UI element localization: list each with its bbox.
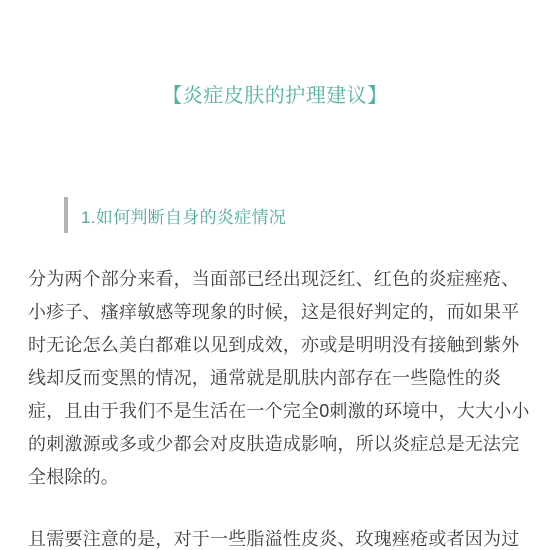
- page-title: 【炎症皮肤的护理建议】: [0, 0, 550, 107]
- article-page: 【炎症皮肤的护理建议】 1.如何判断自身的炎症情况 分为两个部分来看，当面部已经…: [0, 0, 550, 550]
- paragraph-2: 且需要注意的是，对于一些脂溢性皮炎、玫瑰痤疮或者因为过: [28, 523, 524, 550]
- section-heading-block: 1.如何判断自身的炎症情况: [64, 197, 550, 233]
- text-line: 全根除的。: [28, 461, 524, 494]
- section-heading: 1.如何判断自身的炎症情况: [81, 203, 286, 228]
- text-line: 时无论怎么美白都难以见到成效，亦或是明明没有接触到紫外: [28, 329, 524, 362]
- text-line: 症，且由于我们不是生活在一个完全0刺激的环境中，大大小小: [28, 395, 524, 428]
- text-line: 分为两个部分来看，当面部已经出现泛红、红色的炎症痤疮、: [28, 263, 524, 296]
- heading-accent-bar: [64, 197, 68, 233]
- text-line: 且需要注意的是，对于一些脂溢性皮炎、玫瑰痤疮或者因为过: [28, 523, 524, 550]
- paragraph-1: 分为两个部分来看，当面部已经出现泛红、红色的炎症痤疮、 小疹子、瘙痒敏感等现象的…: [28, 263, 524, 494]
- text-line: 线却反而变黑的情况，通常就是肌肤内部存在一些隐性的炎: [28, 362, 524, 395]
- text-line: 的刺激源或多或少都会对皮肤造成影响，所以炎症总是无法完: [28, 428, 524, 461]
- text-line: 小疹子、瘙痒敏感等现象的时候，这是很好判定的，而如果平: [28, 296, 524, 329]
